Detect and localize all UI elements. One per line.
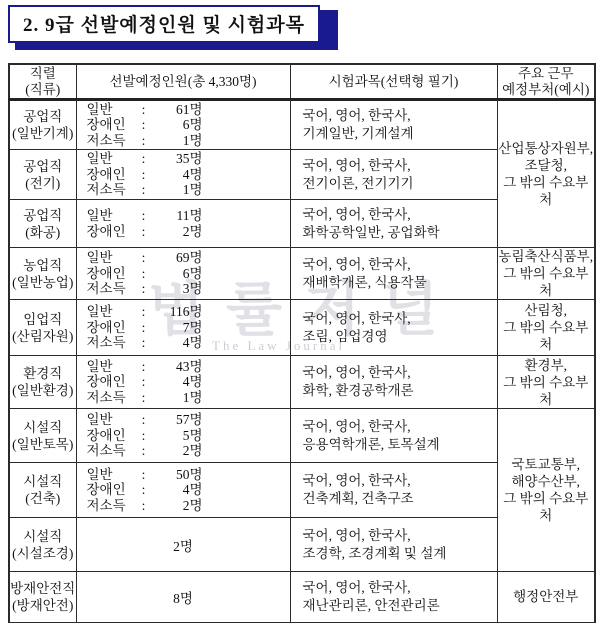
series-class: (일반기계): [10, 125, 76, 142]
table-row: 방재안전직 (방재안전) 8명 국어, 영어, 한국사, 재난관리론, 안전관리…: [9, 572, 595, 623]
page-title-box: 2. 9급 선발예정인원 및 시험과목: [8, 5, 320, 43]
series-cell: 시설직 (건축): [9, 463, 76, 518]
quota-line: 일반:35명: [87, 151, 290, 167]
quota-cell: 일반:35명 장애인:4명 저소득:1명: [76, 150, 290, 200]
subjects-cell: 국어, 영어, 한국사, 기계일반, 기계설계: [290, 100, 497, 150]
header-quota: 선발예정인원(총 4,330명): [76, 64, 290, 100]
subjects-cell: 국어, 영어, 한국사, 재배학개론, 식용작물: [290, 248, 497, 300]
quota-line: 저소득:3명: [87, 281, 290, 297]
series-class: (건축): [10, 490, 76, 507]
quota-cell: 일반:43명 장애인:4명 저소득:1명: [76, 356, 290, 409]
header-series: 직렬 (직류): [9, 64, 76, 100]
series-cell: 환경직 (일반환경): [9, 356, 76, 409]
series-cell: 임업직 (산림자원): [9, 300, 76, 356]
page-title: 2. 9급 선발예정인원 및 시험과목: [8, 5, 320, 43]
quota-line: 저소득:1명: [87, 182, 290, 198]
page-title-text: 2. 9급 선발예정인원 및 시험과목: [23, 15, 305, 36]
quota-line: 일반:69명: [87, 250, 290, 266]
series-name: 공업직: [10, 158, 76, 175]
quota-line: 장애인:5명: [87, 428, 290, 444]
series-class: (전기): [10, 175, 76, 192]
header-series-line1: 직렬: [10, 66, 76, 82]
quota-cell: 2명: [76, 518, 290, 572]
subjects-cell: 국어, 영어, 한국사, 응용역학개론, 토목설계: [290, 409, 497, 463]
dept-cell: 농림축산식품부, 그 밖의 수요부처: [497, 248, 595, 300]
dept-cell: 국토교통부, 해양수산부, 그 밖의 수요부처: [497, 409, 595, 572]
table-header-row: 직렬 (직류) 선발예정인원(총 4,330명) 시험과목(선택형 필기) 주요…: [9, 64, 595, 100]
series-name: 시설직: [10, 419, 76, 436]
series-class: (일반농업): [10, 274, 76, 291]
series-class: (방재안전): [10, 597, 76, 614]
quota-cell: 일반:50명 장애인:4명 저소득:2명: [76, 463, 290, 518]
quota-line: 장애인:7명: [87, 320, 290, 336]
series-name: 시설직: [10, 473, 76, 490]
series-name: 시설직: [10, 528, 76, 545]
series-name: 방재안전직: [10, 580, 76, 597]
quota-line: 일반:11명: [87, 208, 290, 224]
quota-line: 저소득:1명: [87, 390, 290, 406]
series-class: (화공): [10, 224, 76, 241]
quota-line: 장애인:4명: [87, 482, 290, 498]
series-name: 환경직: [10, 365, 76, 382]
header-subjects: 시험과목(선택형 필기): [290, 64, 497, 100]
subjects-cell: 국어, 영어, 한국사, 조경학, 조경계획 및 설계: [290, 518, 497, 572]
table-row: 농업직 (일반농업) 일반:69명 장애인:6명 저소득:3명 국어, 영어, …: [9, 248, 595, 300]
quota-line: 일반:57명: [87, 412, 290, 428]
quota-cell: 일반:57명 장애인:5명 저소득:2명: [76, 409, 290, 463]
series-cell: 공업직 (일반기계): [9, 100, 76, 150]
series-class: (산림자원): [10, 328, 76, 345]
quota-cell: 일반:69명 장애인:6명 저소득:3명: [76, 248, 290, 300]
series-cell: 시설직 (일반토목): [9, 409, 76, 463]
subjects-cell: 국어, 영어, 한국사, 재난관리론, 안전관리론: [290, 572, 497, 623]
table-row: 시설직 (일반토목) 일반:57명 장애인:5명 저소득:2명 국어, 영어, …: [9, 409, 595, 463]
series-cell: 방재안전직 (방재안전): [9, 572, 76, 623]
series-name: 농업직: [10, 257, 76, 274]
dept-cell: 행정안전부: [497, 572, 595, 623]
quota-line: 저소득:2명: [87, 498, 290, 514]
series-name: 공업직: [10, 207, 76, 224]
header-dept-line1: 주요 근무: [498, 66, 595, 82]
subjects-cell: 국어, 영어, 한국사, 화학, 환경공학개론: [290, 356, 497, 409]
series-class: (일반환경): [10, 382, 76, 399]
quota-cell: 일반:116명 장애인:7명 저소득:4명: [76, 300, 290, 356]
quota-line: 일반:43명: [87, 359, 290, 375]
series-cell: 공업직 (화공): [9, 200, 76, 248]
quota-line: 장애인:6명: [87, 266, 290, 282]
quota-line: 저소득:4명: [87, 335, 290, 351]
quota-cell: 일반:11명 장애인:2명: [76, 200, 290, 248]
series-class: (시설조경): [10, 545, 76, 562]
series-class: (일반토목): [10, 436, 76, 453]
dept-cell: 산업통상자원부, 조달청, 그 밖의 수요부처: [497, 100, 595, 248]
series-cell: 농업직 (일반농업): [9, 248, 76, 300]
series-name: 공업직: [10, 108, 76, 125]
quota-line: 저소득:1명: [87, 133, 290, 149]
subjects-cell: 국어, 영어, 한국사, 전기이론, 전기기기: [290, 150, 497, 200]
table-row: 환경직 (일반환경) 일반:43명 장애인:4명 저소득:1명 국어, 영어, …: [9, 356, 595, 409]
subjects-cell: 국어, 영어, 한국사, 화학공학일반, 공업화학: [290, 200, 497, 248]
subjects-cell: 국어, 영어, 한국사, 건축계획, 건축구조: [290, 463, 497, 518]
table-row: 공업직 (일반기계) 일반:61명 장애인:6명 저소득:1명 국어, 영어, …: [9, 100, 595, 150]
title-shadow-bottom: [15, 43, 338, 50]
quota-line: 장애인:4명: [87, 374, 290, 390]
quota-line: 장애인:6명: [87, 117, 290, 133]
header-dept-line2: 예정부처(예시): [498, 82, 595, 98]
header-dept: 주요 근무 예정부처(예시): [497, 64, 595, 100]
quota-line: 저소득:2명: [87, 443, 290, 459]
series-cell: 시설직 (시설조경): [9, 518, 76, 572]
subjects-cell: 국어, 영어, 한국사, 조림, 임업경영: [290, 300, 497, 356]
quota-line: 장애인:4명: [87, 167, 290, 183]
quota-cell: 일반:61명 장애인:6명 저소득:1명: [76, 100, 290, 150]
quota-cell: 8명: [76, 572, 290, 623]
header-series-line2: (직류): [10, 82, 76, 98]
table-row: 임업직 (산림자원) 일반:116명 장애인:7명 저소득:4명 국어, 영어,…: [9, 300, 595, 356]
quota-line: 장애인:2명: [87, 224, 290, 240]
dept-cell: 환경부, 그 밖의 수요부처: [497, 356, 595, 409]
quota-line: 일반:61명: [87, 102, 290, 118]
quota-line: 일반:50명: [87, 467, 290, 483]
recruitment-table: 직렬 (직류) 선발예정인원(총 4,330명) 시험과목(선택형 필기) 주요…: [8, 63, 596, 623]
series-cell: 공업직 (전기): [9, 150, 76, 200]
dept-cell: 산림청, 그 밖의 수요부처: [497, 300, 595, 356]
series-name: 임업직: [10, 311, 76, 328]
quota-line: 일반:116명: [87, 304, 290, 320]
